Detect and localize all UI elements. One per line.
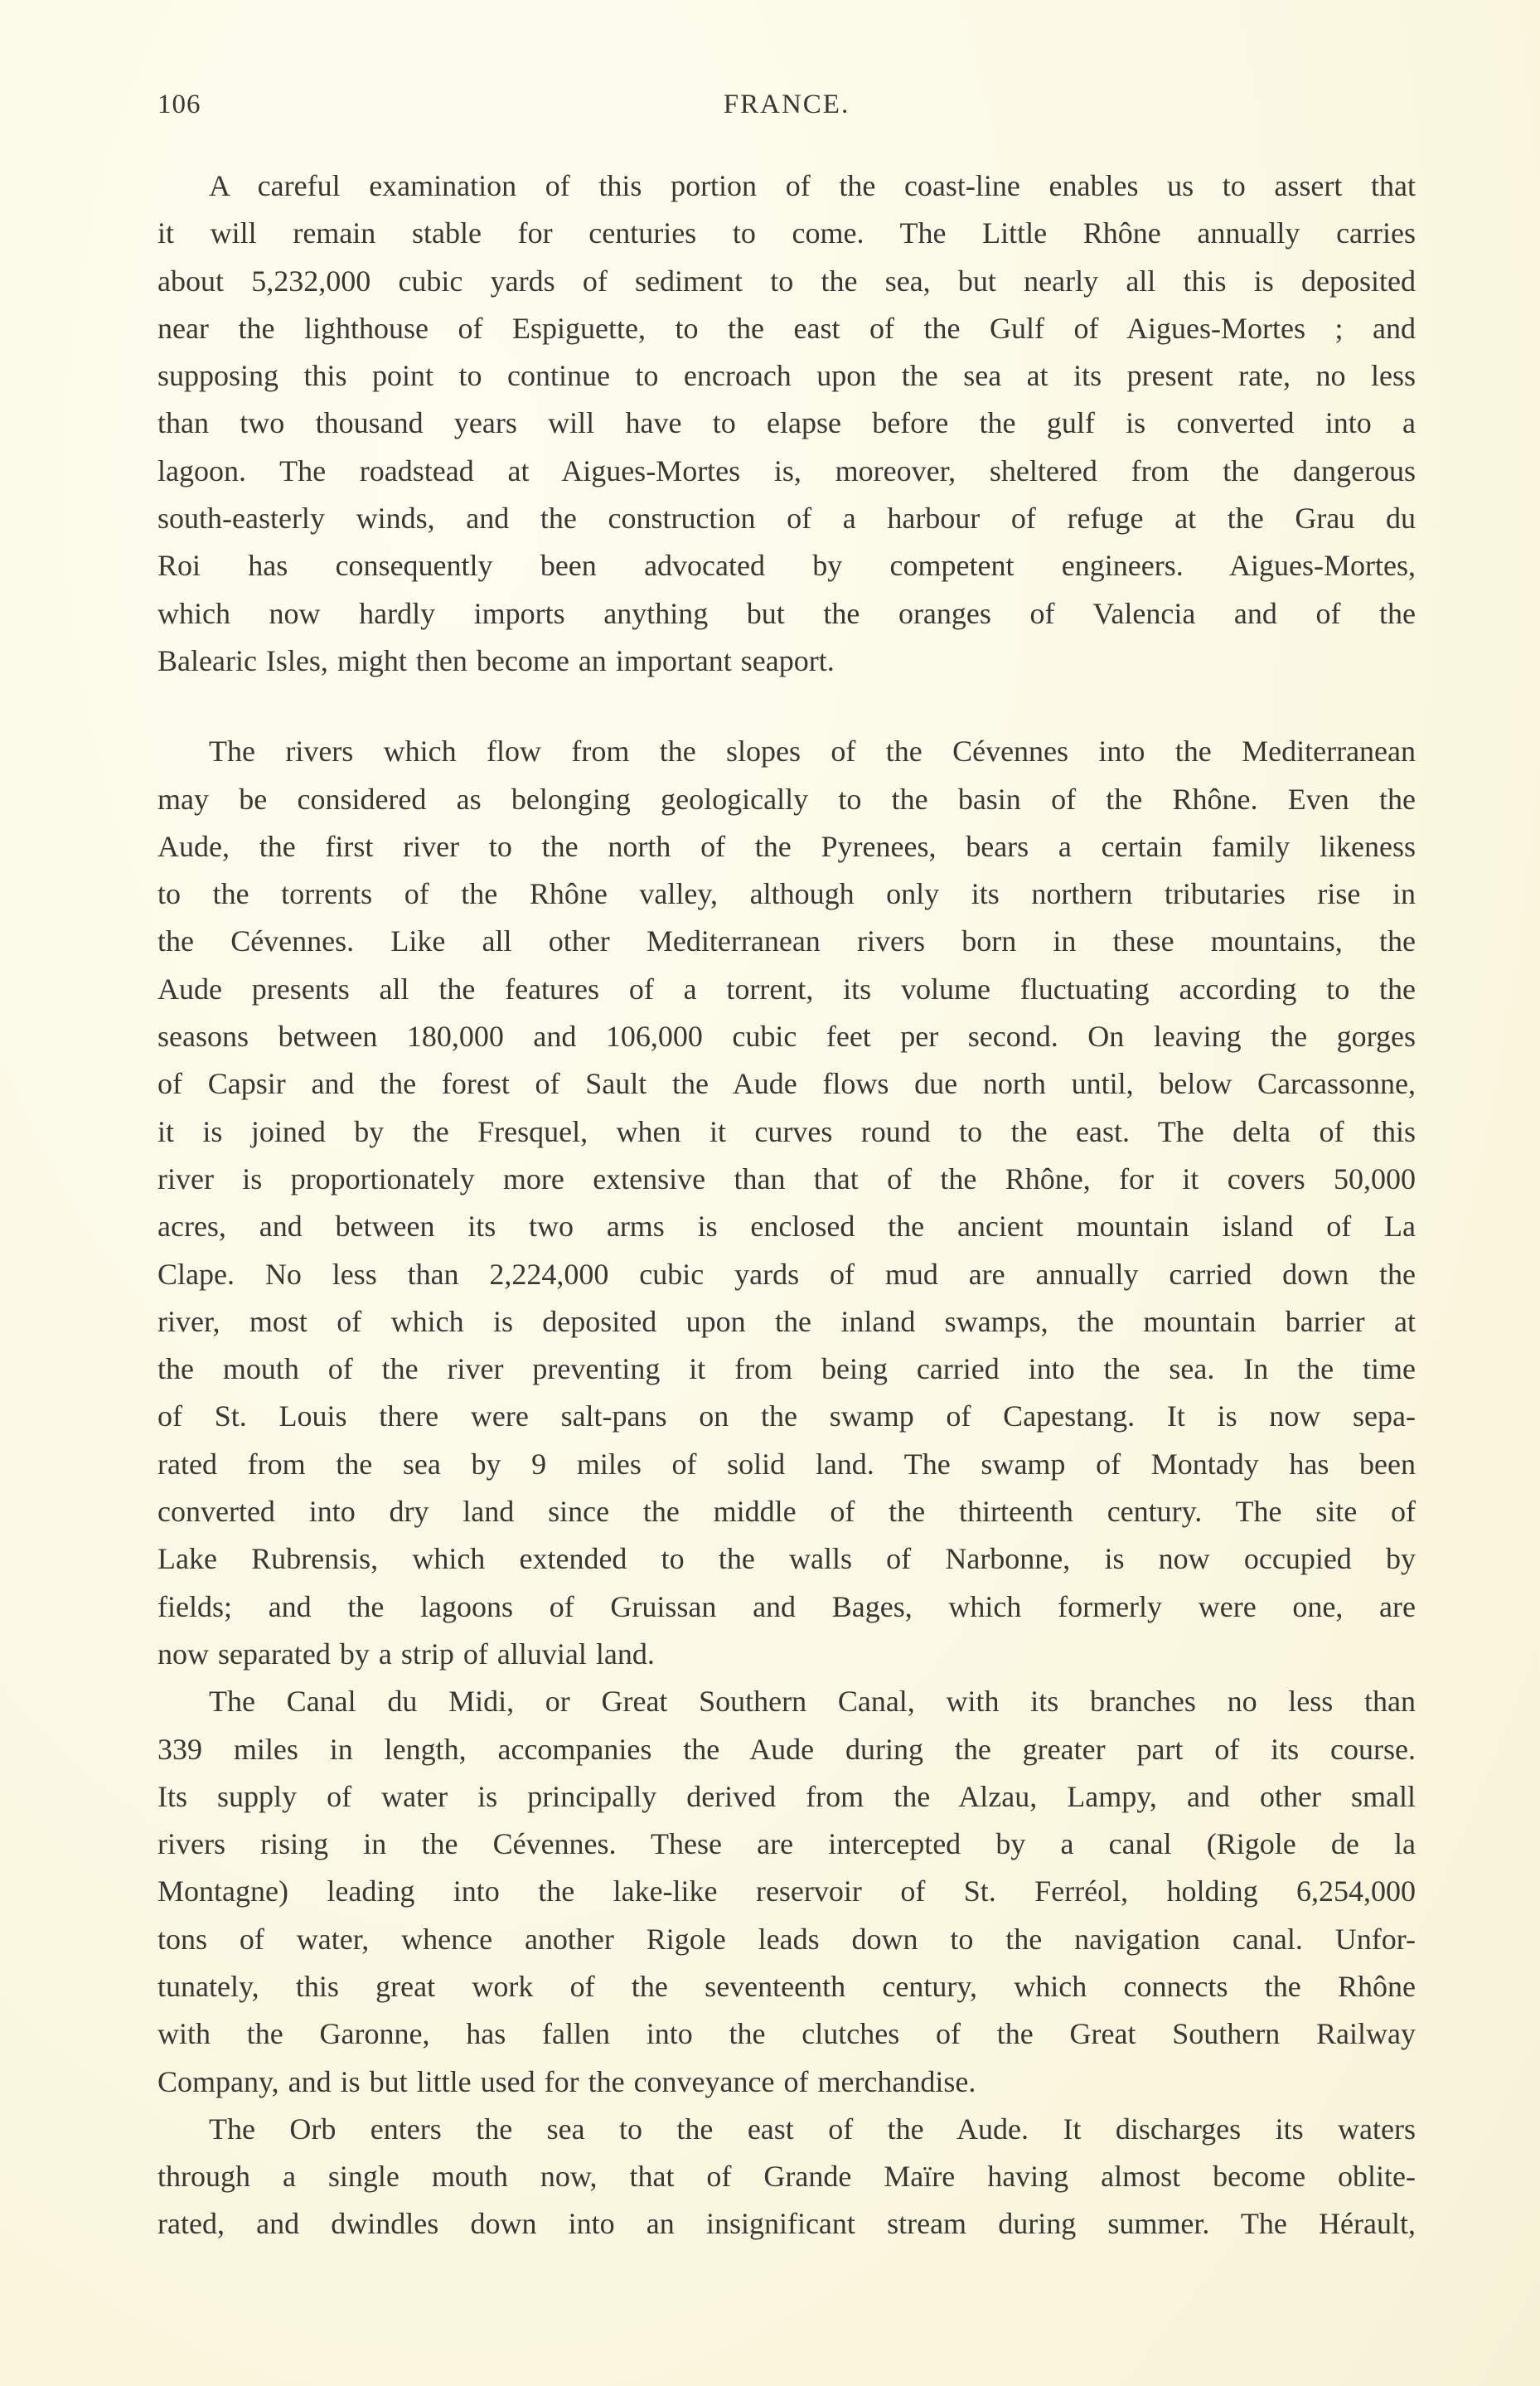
text-line: Balearic Isles, might then become an imp… [157,638,1416,685]
text-line: south-easterly winds, and the constructi… [157,495,1416,542]
text-line: through a single mouth now, that of Gran… [157,2153,1416,2200]
text-line: Aude, the first river to the north of th… [157,823,1416,871]
text-line: the Cévennes. Like all other Mediterrane… [157,918,1416,965]
text-line: Roi has consequently been advocated by c… [157,542,1416,589]
text-line: about 5,232,000 cubic yards of sediment … [157,258,1416,305]
text-line: of Capsir and the forest of Sault the Au… [157,1060,1416,1108]
text-line: river, most of which is deposited upon t… [157,1298,1416,1346]
paragraph-coastline: A careful examination of this portion of… [157,162,1416,685]
text-line: rated from the sea by 9 miles of solid l… [157,1441,1416,1488]
running-title: FRANCE. [157,90,1416,120]
text-line: near the lighthouse of Espiguette, to th… [157,305,1416,352]
text-line: it will remain stable for centuries to c… [157,210,1416,257]
text-line: Clape. No less than 2,224,000 cubic yard… [157,1251,1416,1298]
text-line: Its supply of water is principally deriv… [157,1773,1416,1821]
text-line: The Canal du Midi, or Great Southern Can… [157,1678,1416,1725]
text-line: Company, and is but little used for the … [157,2059,1416,2106]
section-break [157,685,1416,728]
text-line: Aude presents all the features of a torr… [157,966,1416,1013]
text-line: converted into dry land since the middle… [157,1488,1416,1535]
paragraph-orb: The Orb enters the sea to the east of th… [157,2106,1416,2248]
text-line: which now hardly imports anything but th… [157,590,1416,638]
paragraph-canal-du-midi: The Canal du Midi, or Great Southern Can… [157,1678,1416,2106]
text-line: Lake Rubrensis, which extended to the wa… [157,1535,1416,1583]
text-line: with the Garonne, has fallen into the cl… [157,2010,1416,2058]
text-line: acres, and between its two arms is enclo… [157,1203,1416,1250]
text-line: lagoon. The roadstead at Aigues-Mortes i… [157,448,1416,495]
body-text: A careful examination of this portion of… [157,162,1416,2248]
book-page: 106 FRANCE. A careful examination of thi… [0,0,1540,2386]
text-line: the mouth of the river preventing it fro… [157,1346,1416,1393]
text-line: The Orb enters the sea to the east of th… [157,2106,1416,2153]
text-line: now separated by a strip of alluvial lan… [157,1631,1416,1678]
text-line: seasons between 180,000 and 106,000 cubi… [157,1013,1416,1060]
text-line: Montagne) leading into the lake-like res… [157,1868,1416,1915]
text-line: of St. Louis there were salt-pans on the… [157,1393,1416,1440]
text-line: fields; and the lagoons of Gruissan and … [157,1583,1416,1631]
text-line: supposing this point to continue to encr… [157,352,1416,400]
text-line: river is proportionately more extensive … [157,1156,1416,1203]
text-line: rivers rising in the Cévennes. These are… [157,1821,1416,1868]
paragraph-aude: The rivers which flow from the slopes of… [157,728,1416,1678]
running-head: 106 FRANCE. [157,90,1416,126]
text-line: rated, and dwindles down into an insigni… [157,2200,1416,2248]
text-line: tons of water, whence another Rigole lea… [157,1916,1416,1963]
text-line: than two thousand years will have to ela… [157,400,1416,447]
text-line: tunately, this great work of the sevente… [157,1963,1416,2010]
text-line: 339 miles in length, accompanies the Aud… [157,1726,1416,1773]
text-line: to the torrents of the Rhône valley, alt… [157,871,1416,918]
text-line: The rivers which flow from the slopes of… [157,728,1416,775]
text-line: it is joined by the Fresquel, when it cu… [157,1108,1416,1156]
text-line: A careful examination of this portion of… [157,162,1416,210]
text-line: may be considered as belonging geologica… [157,776,1416,823]
